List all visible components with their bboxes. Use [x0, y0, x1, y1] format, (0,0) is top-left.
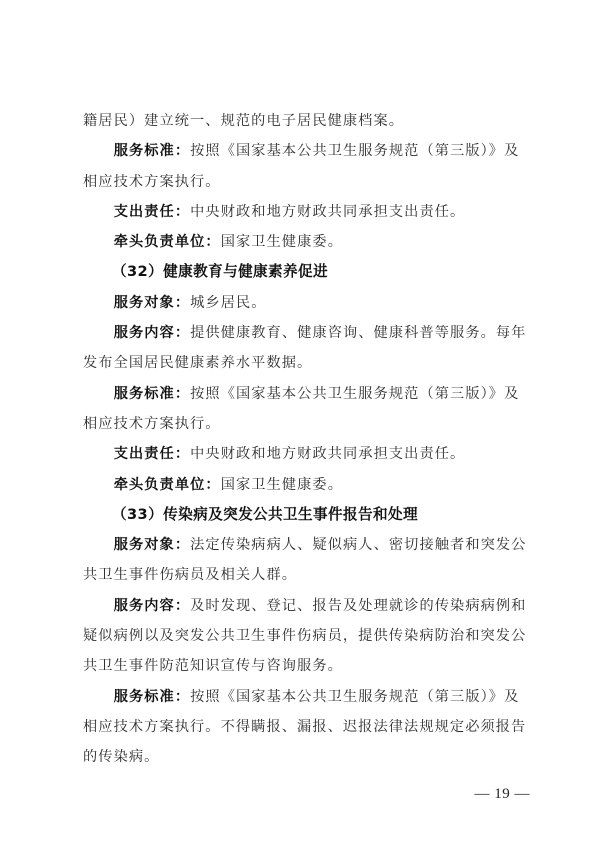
page-number: — 19 —	[470, 786, 530, 803]
body-line: 疑似病例以及突发公共卫生事件伤病员，提供传染病防治和突发公	[83, 621, 529, 651]
field-label: 服务对象：	[114, 295, 190, 311]
field-label: 牵头负责单位：	[114, 477, 221, 493]
body-line: 相应技术方案执行。	[83, 167, 529, 197]
field-label: 服务内容：	[114, 598, 190, 614]
field-service-standard: 服务标准：按照《国家基本公共卫生服务规范（第三版）》及	[83, 379, 529, 409]
field-label: 服务标准：	[114, 689, 190, 705]
body-line: 共卫生事件防范知识宣传与咨询服务。	[83, 651, 529, 681]
field-text: 中央财政和地方财政共同承担支出责任。	[190, 446, 465, 462]
field-label: 支出责任：	[114, 446, 190, 462]
field-text: 及时发现、登记、报告及处理就诊的传染病病例和	[190, 598, 526, 614]
field-service-standard: 服务标准：按照《国家基本公共卫生服务规范（第三版）》及	[83, 682, 529, 712]
field-text: 提供健康教育、健康咨询、健康科普等服务。每年	[190, 325, 526, 341]
field-expenditure-responsibility: 支出责任：中央财政和地方财政共同承担支出责任。	[83, 439, 529, 469]
body-line: 共卫生事件伤病员及相关人群。	[83, 560, 529, 590]
field-text: 按照《国家基本公共卫生服务规范（第三版）》及	[190, 689, 519, 705]
field-text: 按照《国家基本公共卫生服务规范（第三版）》及	[190, 386, 519, 402]
document-page: 籍居民）建立统一、规范的电子居民健康档案。 服务标准：按照《国家基本公共卫生服务…	[83, 106, 529, 773]
field-service-target: 服务对象：法定传染病病人、疑似病人、密切接触者和突发公	[83, 530, 529, 560]
field-lead-unit: 牵头负责单位：国家卫生健康委。	[83, 470, 529, 500]
field-text: 国家卫生健康委。	[221, 477, 343, 493]
field-label: 支出责任：	[114, 204, 190, 220]
field-service-content: 服务内容：提供健康教育、健康咨询、健康科普等服务。每年	[83, 318, 529, 348]
field-label: 牵头负责单位：	[114, 234, 221, 250]
field-label: 服务对象：	[114, 537, 190, 553]
body-line: 相应技术方案执行。	[83, 409, 529, 439]
field-expenditure-responsibility: 支出责任：中央财政和地方财政共同承担支出责任。	[83, 197, 529, 227]
field-text: 法定传染病病人、疑似病人、密切接触者和突发公	[190, 537, 526, 553]
field-service-target: 服务对象：城乡居民。	[83, 288, 529, 318]
field-text: 中央财政和地方财政共同承担支出责任。	[190, 204, 465, 220]
body-line: 发布全国居民健康素养水平数据。	[83, 348, 529, 378]
field-lead-unit: 牵头负责单位：国家卫生健康委。	[83, 227, 529, 257]
body-line: 相应技术方案执行。不得瞒报、漏报、迟报法律法规规定必须报告	[83, 712, 529, 742]
field-text: 国家卫生健康委。	[221, 234, 343, 250]
section-heading-32: （32）健康教育与健康素养促进	[83, 257, 529, 287]
section-heading-33: （33）传染病及突发公共卫生事件报告和处理	[83, 500, 529, 530]
field-label: 服务内容：	[114, 325, 190, 341]
field-service-content: 服务内容：及时发现、登记、报告及处理就诊的传染病病例和	[83, 591, 529, 621]
field-text: 按照《国家基本公共卫生服务规范（第三版）》及	[190, 143, 519, 159]
field-label: 服务标准：	[114, 386, 190, 402]
body-line: 籍居民）建立统一、规范的电子居民健康档案。	[83, 106, 529, 136]
field-service-standard: 服务标准：按照《国家基本公共卫生服务规范（第三版）》及	[83, 136, 529, 166]
body-line: 的传染病。	[83, 742, 529, 772]
field-text: 城乡居民。	[190, 295, 266, 311]
field-label: 服务标准：	[114, 143, 190, 159]
